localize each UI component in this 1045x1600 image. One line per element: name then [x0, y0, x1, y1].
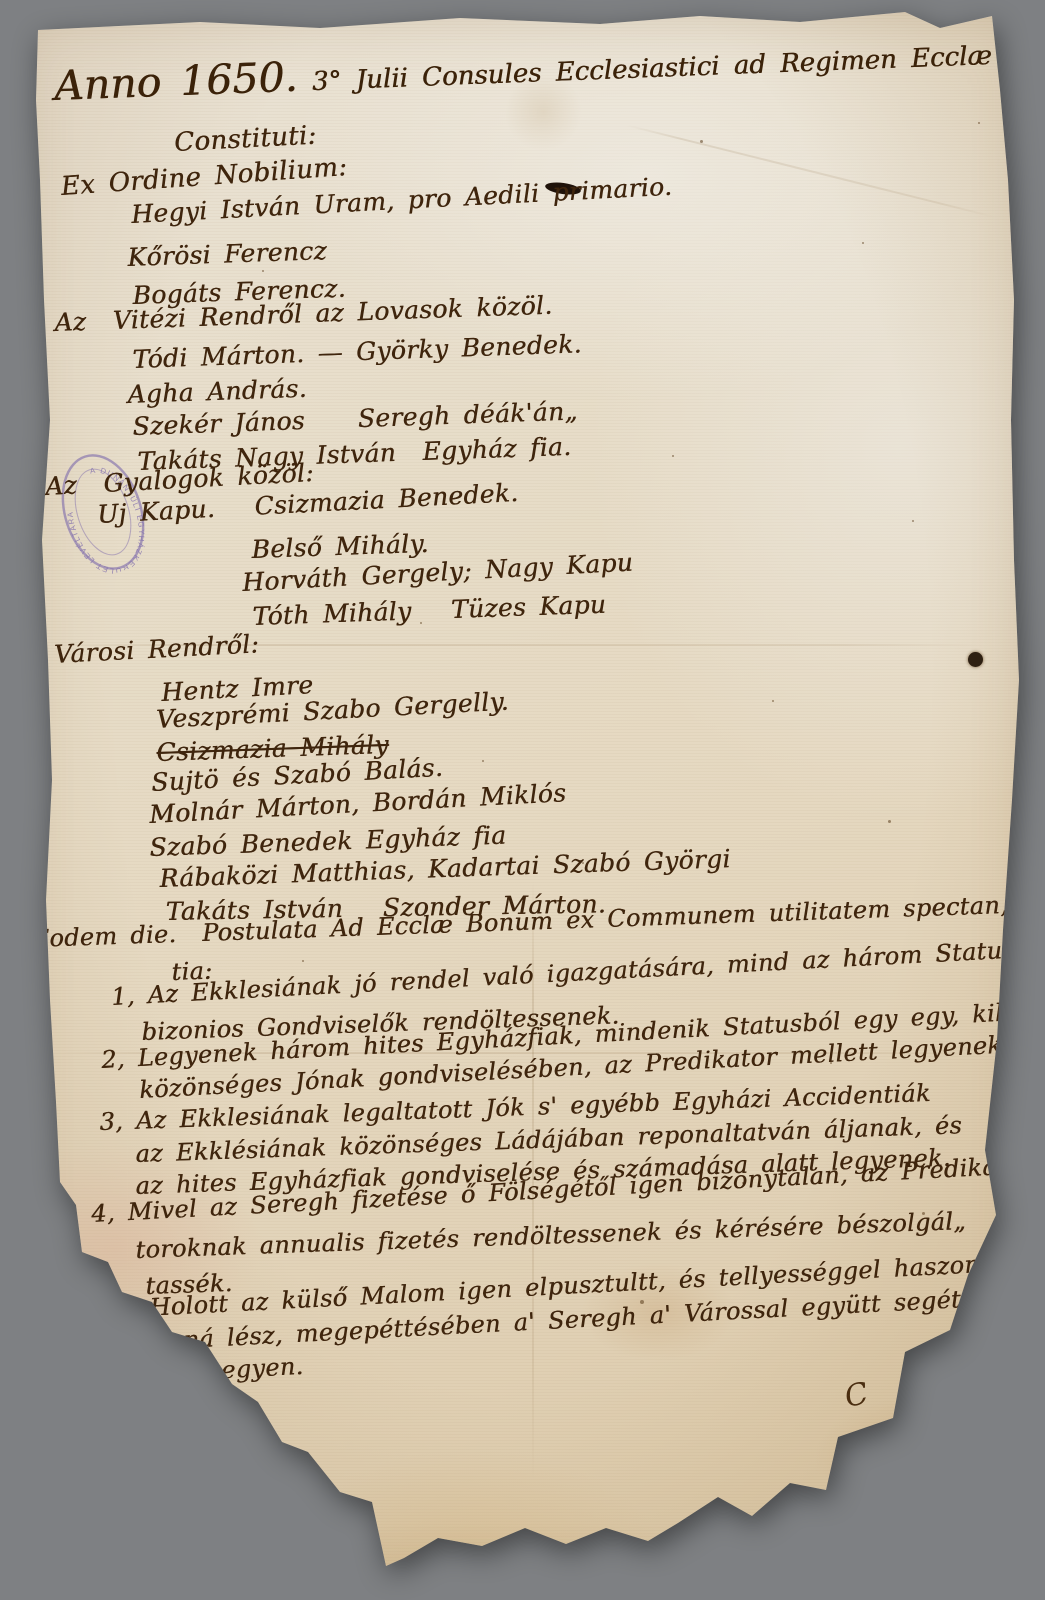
manuscript-page-wrapper: A DUNÁNTÚLI EGYHÁZKERÜLET LEVÉLTÁRA Anno… [0, 0, 1045, 1600]
heading-year: Anno 1650. [53, 53, 298, 110]
manuscript-line: Tódi Márton. — Györky Benedek. [132, 329, 582, 374]
manuscript-line: Városi Rendről: [53, 629, 259, 669]
manuscript-text: Anno 1650. 3° Julii Consules Ecclesiasti… [0, 0, 1045, 1600]
manuscript-line: Tóth Mihály Tüzes Kapu [252, 590, 607, 631]
document-heading: Anno 1650. 3° Julii Consules Ecclesiasti… [53, 22, 1045, 110]
corner-ink-mark: C [842, 1376, 872, 1415]
manuscript-line: Agha András. [127, 374, 307, 409]
manuscript-line: Constituti: [173, 121, 317, 158]
manuscript-line: séggel Legyen. [111, 1352, 305, 1390]
manuscript-line: Kőrösi Ferencz [127, 236, 327, 272]
scan-background: { "page": { "background_color": "#7e8083… [0, 0, 1045, 1600]
heading-title: 3° Julii Consules Ecclesiastici ad Regim… [297, 37, 1045, 98]
manuscript-page: A DUNÁNTÚLI EGYHÁZKERÜLET LEVÉLTÁRA Anno… [0, 0, 1045, 1600]
